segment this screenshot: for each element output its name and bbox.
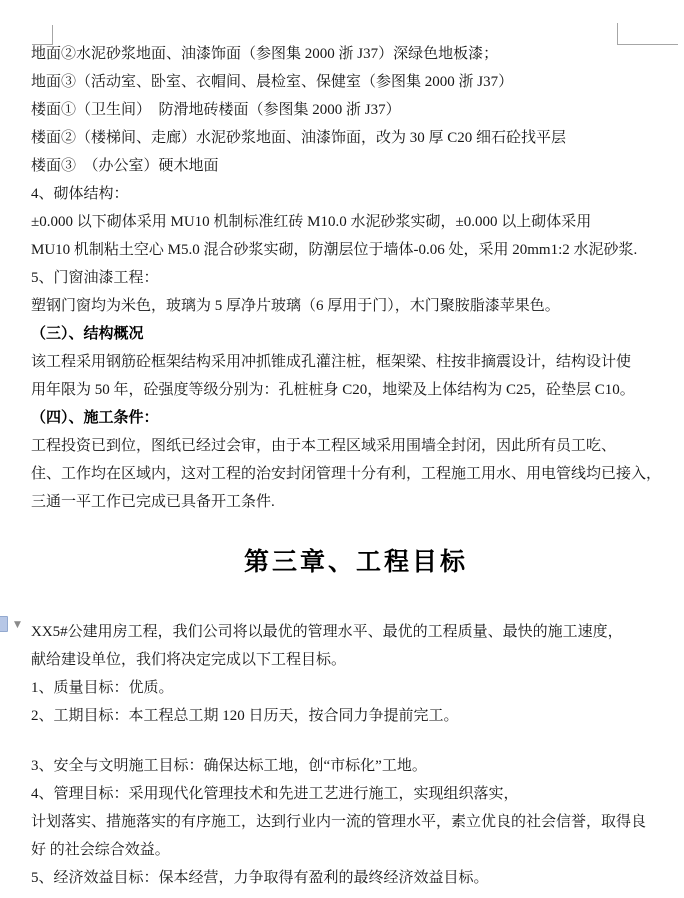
document-body: 地面②水泥砂浆地面、油漆饰面（参图集 2000 浙 J37）深绿色地板漆； 地面… — [31, 40, 681, 892]
text-line-masonry-2: MU10 机制粘土空心 M5.0 混合砂浆实砌，防潮层位于墙体-0.06 处，采… — [31, 236, 681, 264]
document-page: ▼ 地面②水泥砂浆地面、油漆饰面（参图集 2000 浙 J37）深绿色地板漆； … — [0, 0, 684, 898]
chapter-title: 第三章、工程目标 — [31, 546, 681, 580]
text-line-storey-2: 楼面②（楼梯间、走廊）水泥砂浆地面、油漆饰面，改为 30 厚 C20 细石砼找平… — [31, 124, 681, 152]
paste-options-button[interactable]: ▼ — [0, 616, 21, 632]
text-line-structure-2: 用年限为 50 年，砼强度等级分别为：孔桩桩身 C20，地梁及上体结构为 C25… — [31, 376, 681, 404]
text-line-storey-1: 楼面①（卫生间） 防滑地砖楼面（参图集 2000 浙 J37） — [31, 96, 681, 124]
text-line-paint-detail: 塑钢门窗均为米色，玻璃为 5 厚净片玻璃（6 厚用于门），木门聚胺脂漆苹果色。 — [31, 292, 681, 320]
section-heading-structure: （三）、结构概况 — [31, 320, 681, 348]
chevron-down-icon[interactable]: ▼ — [14, 620, 21, 630]
list-item-goal-schedule: 2、工期目标：本工程总工期 120 日历天，按合同力争提前完工。 — [31, 702, 681, 730]
text-line-structure-1: 该工程采用钢筋砼框架结构采用冲抓锥成孔灌注桩，框架梁、柱按非摘震设计，结构设计使 — [31, 348, 681, 376]
list-item-goal-management: 4、管理目标：采用现代化管理技术和先进工艺进行施工，实现组织落实， — [31, 780, 681, 808]
text-line-goals-intro-1: XX5#公建用房工程，我们公司将以最优的管理水平、最优的工程质量、最快的施工速度… — [31, 618, 681, 646]
text-line-floor-2: 地面②水泥砂浆地面、油漆饰面（参图集 2000 浙 J37）深绿色地板漆； — [31, 40, 681, 68]
text-line-conditions-3: 三通一平工作已完成已具备开工条件. — [31, 488, 681, 516]
text-line-conditions-2: 住、工作均在区域内，这对工程的治安封闭管理十分有利，工程施工用水、用电管线均已接… — [31, 460, 681, 488]
clipboard-paste-icon — [0, 616, 8, 632]
text-line-conditions-1: 工程投资已到位，图纸已经过会审，由于本工程区域采用围墙全封闭，因此所有员工吃、 — [31, 432, 681, 460]
list-item-goal-quality: 1、质量目标：优质。 — [31, 674, 681, 702]
text-line-floor-3: 地面③（活动室、卧室、衣帽间、晨检室、保健室（参图集 2000 浙 J37） — [31, 68, 681, 96]
text-line-management-2: 计划落实、措施落实的有序施工，达到行业内一流的管理水平，素立优良的社会信誉，取得… — [31, 808, 681, 836]
list-item-paint: 5、门窗油漆工程： — [31, 264, 681, 292]
text-line-storey-3: 楼面③ （办公室）硬木地面 — [31, 152, 681, 180]
text-line-management-3: 好 的社会综合效益。 — [31, 836, 681, 864]
list-item-goal-safety: 3、安全与文明施工目标：确保达标工地，创“市标化”工地。 — [31, 752, 681, 780]
section-heading-conditions: （四）、施工条件： — [31, 404, 681, 432]
text-line-goals-intro-2: 献给建设单位，我们将决定完成以下工程目标。 — [31, 646, 681, 674]
blank-line-spacer — [31, 730, 681, 752]
text-line-masonry-1: ±0.000 以下砌体采用 MU10 机制标准红砖 M10.0 水泥砂浆实砌，±… — [31, 208, 681, 236]
list-item-masonry: 4、砌体结构： — [31, 180, 681, 208]
list-item-goal-economic: 5、经济效益目标：保本经营，力争取得有盈利的最终经济效益目标。 — [31, 864, 681, 892]
